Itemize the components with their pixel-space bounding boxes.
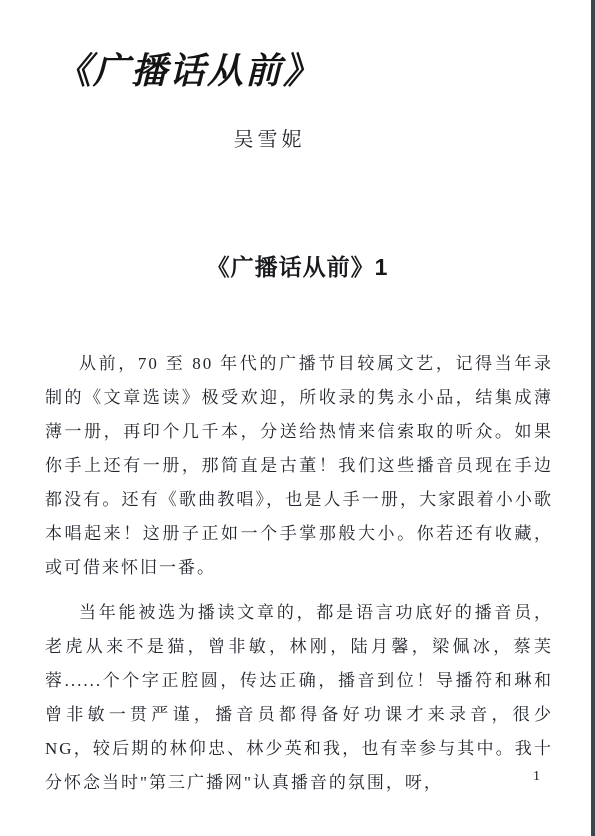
body-text: 从前，70 至 80 年代的广播节目较属文艺，记得当年录制的《文章选读》极受欢迎… xyxy=(45,347,553,800)
viewer-right-edge-bar xyxy=(591,0,595,836)
document-page: 《广播话从前》 吴雪妮 《广播话从前》1 从前，70 至 80 年代的广播节目较… xyxy=(0,0,595,836)
document-title: 《广播话从前》 xyxy=(55,50,595,92)
section-heading: 《广播话从前》1 xyxy=(0,251,595,283)
body-paragraph: 从前，70 至 80 年代的广播节目较属文艺，记得当年录制的《文章选读》极受欢迎… xyxy=(45,347,553,585)
author-name: 吴雪妮 xyxy=(0,126,567,154)
body-paragraph: 当年能被选为播读文章的，都是语言功底好的播音员，老虎从来不是猫，曾非敏，林刚，陆… xyxy=(45,596,553,800)
page-number: 1 xyxy=(533,768,540,786)
